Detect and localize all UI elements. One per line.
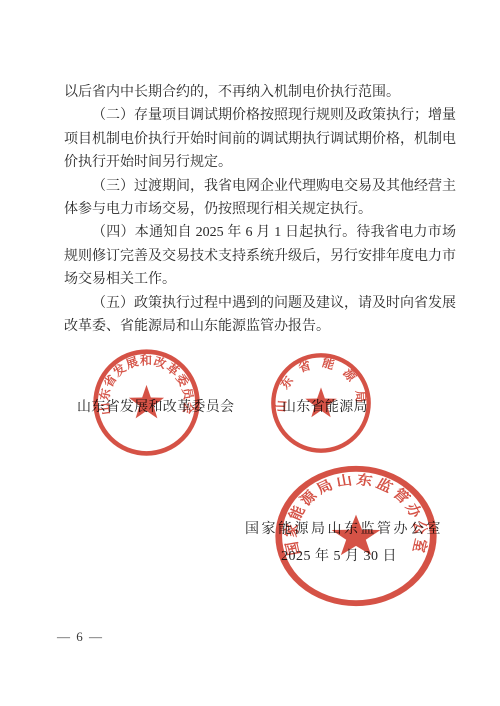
document-body: 以后省内中长期合约的，不再纳入机制电价执行范围。 （二）存量项目调试期价格按照现… [64, 81, 456, 338]
paragraph-continuation: 以后省内中长期合约的，不再纳入机制电价执行范围。 [64, 81, 456, 104]
paragraph-item-4: （四）本通知自 2025 年 6 月 1 日起执行。待我省电力市场规则修订完善及… [64, 221, 456, 291]
page-number: — 6 — [57, 629, 104, 645]
paragraph-item-5: （五）政策执行过程中遇到的问题及建议，请及时向省发展改革委、省能源局和山东能源监… [64, 292, 456, 339]
document-page: 以后省内中长期合约的，不再纳入机制电价执行范围。 （二）存量项目调试期价格按照现… [0, 0, 500, 706]
official-seal-development-reform-commission: 山东省发展和改革委员会 [91, 347, 202, 458]
star-icon [332, 515, 381, 555]
paragraph-item-2: （二）存量项目调试期价格按照现行规则及政策执行；增量项目机制电价执行开始时间前的… [64, 104, 456, 174]
official-seal-energy-regulatory-office: 国家能源局山东监管办公室 [272, 463, 440, 609]
official-seal-provincial-energy-bureau: 山东省能源局 [269, 351, 373, 455]
star-icon [129, 385, 164, 418]
paragraph-item-3: （三）过渡期间，我省电网企业代理购电交易及其他经营主体参与电力市场交易，仍按照现… [64, 175, 456, 222]
star-icon [305, 387, 336, 417]
